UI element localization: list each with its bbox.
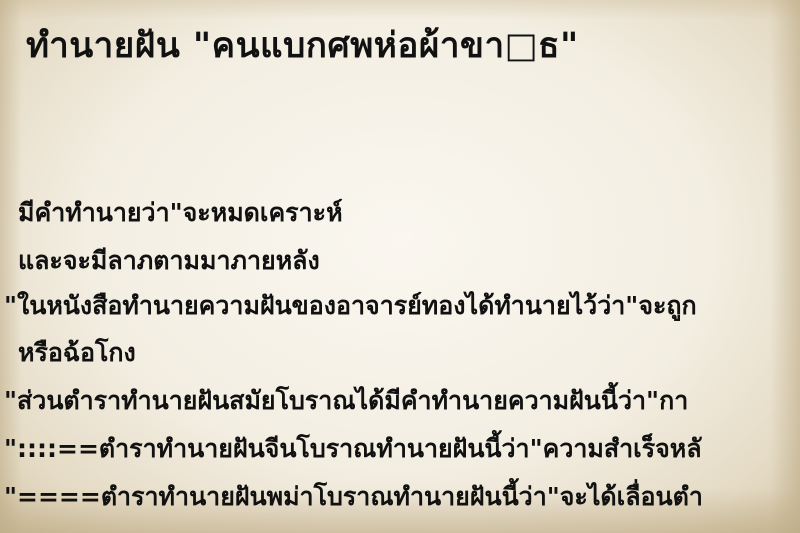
prediction-line-4: หรือฉ้อโกง xyxy=(18,333,136,373)
prediction-line-6: "::::==ตำราทำนายฝันจีนโบราณทำนายฝันนี้ว่… xyxy=(4,429,702,469)
prediction-line-3: "ในหนังสือทำนายความฝันของอาจารย์ทองได้ทำ… xyxy=(4,286,697,326)
prediction-line-2: และจะมีลาภตามมาภายหลัง xyxy=(18,241,320,281)
prediction-line-7: "====ตำราทำนายฝันพม่าโบราณทำนายฝันนี้ว่า… xyxy=(4,477,703,517)
prediction-line-5: "ส่วนตำราทำนายฝันสมัยโบราณได้มีคำทำนายคว… xyxy=(4,381,688,421)
page-title: ทำนายฝัน "คนแบกศพห่อผ้าขา□ธ" xyxy=(26,18,579,73)
prediction-line-1: มีคำทำนายว่า"จะหมดเคราะห์ xyxy=(18,193,343,233)
